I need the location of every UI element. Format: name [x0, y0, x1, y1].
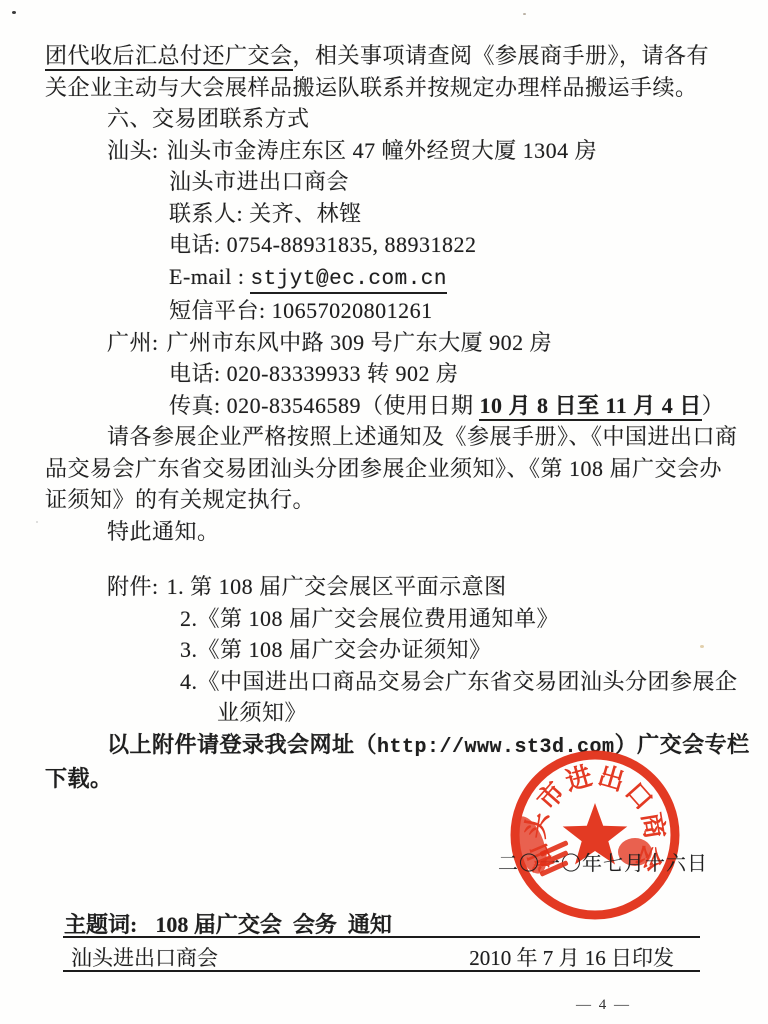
attachment-item: 4.《中国进出口商品交易会广东省交易团汕头分团参展企 — [180, 666, 738, 698]
seal-graphic: 汕头市进出口商会 — [485, 721, 705, 941]
document-body: 团代收后汇总付还广交会，相关事项请查阅《参展商手册》，请各有 关企业主动与大会展… — [0, 0, 768, 795]
fax-number: 传真: 020-83546589（使用日期 — [169, 393, 479, 418]
contact-email-line: E-mail : stjyt@ec.com.cn — [169, 261, 738, 296]
contact-org: 汕头市进出口商会 — [169, 166, 738, 198]
intro-line-1: 团代收后汇总付还广交会，相关事项请查阅《参展商手册》，请各有 — [45, 40, 738, 72]
contact-shantou-address-line: 汕头:汕头市金涛庄东区 47 幢外经贸大厦 1304 房 — [45, 135, 738, 167]
attachment-item: 3.《第 108 届广交会办证须知》 — [180, 634, 738, 666]
contact-address: 广州市东风中路 309 号广东大厦 902 房 — [167, 330, 553, 355]
text-run: ，相关事项请查阅《参展商手册》，请各有 — [293, 43, 710, 68]
email-address: stjyt@ec.com.cn — [250, 268, 447, 294]
attachment-item: 2.《第 108 届广交会展位费用通知单》 — [180, 603, 738, 635]
separator-rule — [63, 970, 700, 972]
contact-address: 汕头市金涛庄东区 47 幢外经贸大厦 1304 房 — [167, 138, 598, 163]
contact-phone: 电话: 020-83339933 转 902 房 — [169, 358, 738, 390]
scan-speck — [12, 11, 16, 14]
subject-keywords-line: 主题词:108 届广交会 会务 通知 — [64, 908, 392, 939]
issuing-org: 汕头进出口商会 — [71, 942, 218, 972]
svg-text:进: 进 — [562, 761, 595, 796]
official-seal: 汕头市进出口商会 — [485, 721, 705, 941]
seal-smudge-overlay — [535, 841, 581, 885]
document-date: 二〇一〇年七月十六日 — [498, 847, 708, 876]
email-label: E-mail : — [169, 264, 250, 289]
section-heading: 六、交易团联系方式 — [107, 103, 738, 135]
scan-speck — [174, 205, 177, 207]
svg-text:出: 出 — [595, 761, 628, 796]
scan-speck — [36, 521, 38, 523]
underlined-text: 团代收后汇总付还广交会 — [45, 43, 293, 71]
svg-text:商: 商 — [636, 810, 670, 841]
print-date: 2010 年 7 月 16 日印发 — [469, 942, 674, 972]
document-page: 团代收后汇总付还广交会，相关事项请查阅《参展商手册》，请各有 关企业主动与大会展… — [0, 0, 768, 1024]
contact-fax-line: 传真: 020-83546589（使用日期 10 月 8 日至 11 月 4 日… — [169, 390, 738, 422]
intro-line-2: 关企业主动与大会展样品搬运队联系并按规定办理样品搬运手续。 — [45, 72, 738, 104]
attachments-label: 附件: — [107, 574, 159, 599]
contact-city-label: 汕头: — [107, 138, 159, 163]
closing-line-2: 品交易会广东省交易团汕头分团参展企业须知》、《第 108 届广交会办 — [45, 453, 738, 485]
contact-city-label: 广州: — [107, 330, 159, 355]
contact-phone: 电话: 0754-88931835, 88931822 — [169, 229, 738, 261]
scan-speck — [523, 13, 526, 15]
closing-line-1: 请各参展企业严格按照上述通知及《参展手册》、《中国进出口商 — [107, 421, 738, 453]
text-run: 以上附件请登录我会网址（ — [107, 732, 377, 757]
subject-label: 主题词: — [64, 912, 137, 937]
page-number: — 4 — — [576, 997, 631, 1014]
contact-person: 联系人: 关齐、林铿 — [169, 198, 738, 230]
colophon-row: 汕头进出口商会 2010 年 7 月 16 日印发 — [63, 942, 700, 972]
attachments-line-1: 附件:1. 第 108 届广交会展区平面示意图 — [45, 571, 738, 603]
contact-guangzhou-address-line: 广州:广州市东风中路 309 号广东大厦 902 房 — [45, 327, 738, 359]
subject-keywords: 108 届广交会 会务 通知 — [155, 912, 392, 937]
notice-statement: 特此通知。 — [107, 516, 738, 548]
closing-line-3: 证须知》的有关规定执行。 — [45, 484, 738, 516]
contact-sms-platform: 短信平台: 10657020801261 — [169, 295, 738, 327]
fax-valid-dates: 10 月 8 日至 11 月 4 日 — [479, 393, 701, 421]
text-run: ） — [702, 393, 725, 418]
scan-speck — [700, 645, 704, 648]
attachment-item: 1. 第 108 届广交会展区平面示意图 — [167, 574, 507, 599]
